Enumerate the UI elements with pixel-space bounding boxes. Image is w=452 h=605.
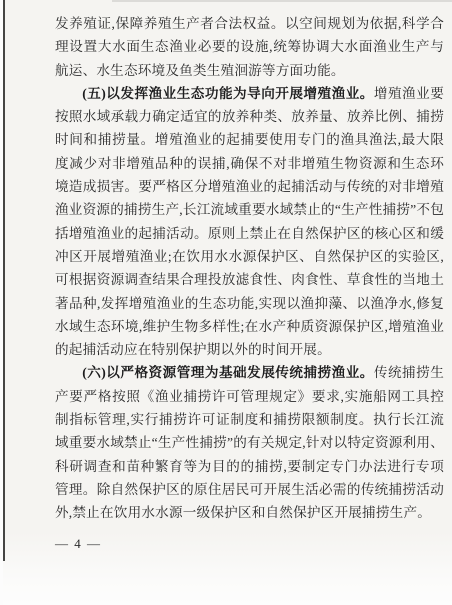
scan-top-artifact [112,0,452,2]
scan-edge-line [3,0,5,561]
paragraph-text: 增殖渔业要按照水域承载力确定适宜的放养种类、放养量、放养比例、捕捞时间和捕捞量。… [55,86,444,357]
section-heading-6: (六)以严格资源管理为基础发展传统捕捞渔业。 [82,365,374,380]
document-page: 发养殖证,保障养殖生产者合法权益。以空间规划为依据,科学合理设置大水面生态渔业必… [0,0,452,605]
paragraph-continuation: 发养殖证,保障养殖生产者合法权益。以空间规划为依据,科学合理设置大水面生态渔业必… [55,12,444,82]
paragraph-text: 发养殖证,保障养殖生产者合法权益。以空间规划为依据,科学合理设置大水面生态渔业必… [55,16,444,78]
document-content: 发养殖证,保障养殖生产者合法权益。以空间规划为依据,科学合理设置大水面生态渔业必… [55,12,444,555]
page-number: — 4 — [55,532,444,555]
paragraph-section-5: (五)以发挥渔业生态功能为导向开展增殖渔业。增殖渔业要按照水域承载力确定适宜的放… [55,82,444,362]
paragraph-text: 传统捕捞生产要严格按照《渔业捕捞许可管理规定》要求,实施船网工具控制指标管理,实… [55,365,444,520]
section-heading-5: (五)以发挥渔业生态功能为导向开展增殖渔业。 [82,86,374,101]
paragraph-section-6: (六)以严格资源管理为基础发展传统捕捞渔业。传统捕捞生产要严格按照《渔业捕捞许可… [55,361,444,524]
